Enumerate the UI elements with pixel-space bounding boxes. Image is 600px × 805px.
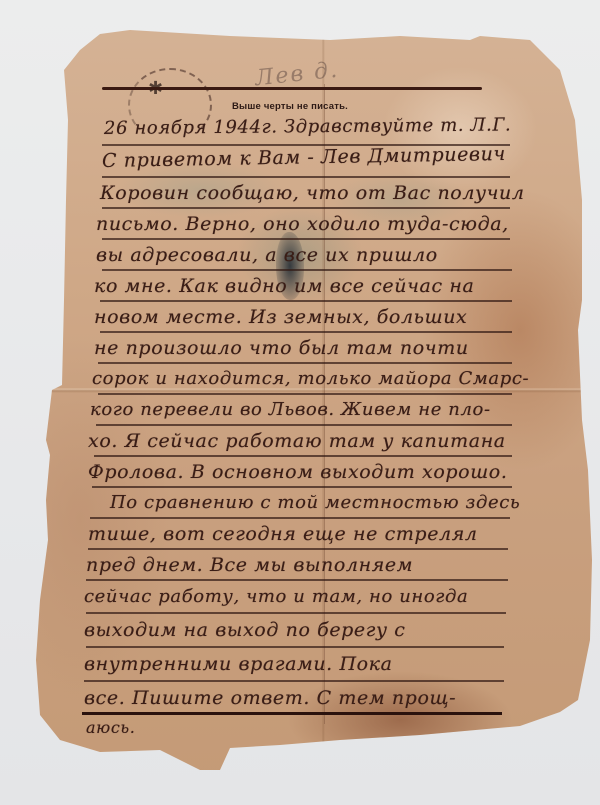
letter-line: пред днем. Все мы выполняем [86,554,413,576]
letter-line: вы адресовали, а все их пришло [96,244,438,266]
ruled-line [102,176,510,178]
letter-line: сейчас работу, что и там, но иногда [84,586,468,607]
ruled-line [100,331,512,333]
ruled-line [100,300,512,302]
letter-line: не произошло что был там почти [94,337,469,359]
ruled-line [98,393,512,395]
ruled-line [96,424,512,426]
photo-background: ✱ Лев д. Выше черты не писать. 26 ноября… [0,0,600,805]
ruled-line [92,486,512,488]
letter-line: все. Пишите ответ. С тем прощ- [84,687,456,709]
ruled-line [94,455,512,457]
letter-line: кого перевели во Львов. Живем не пло- [90,399,491,420]
ruled-line [86,579,508,581]
letter-line: выходим на выход по берегу с [84,619,405,641]
header-rule [102,87,482,90]
letter-line: ко мне. Как видно им все сейчас на [94,275,474,297]
letter-line: Коровин сообщаю, что от Вас получил [100,182,525,204]
ruled-line [102,238,510,240]
ruled-line [98,362,512,364]
letter-line: тише, вот сегодня еще не стрелял [88,523,478,545]
letter-line: внутренними врагами. Пока [84,653,393,675]
ruled-line [86,612,506,614]
letter-line: Фролова. В основном выходит хорошо. [88,461,507,483]
letter-sheet: ✱ Лев д. Выше черты не писать. 26 ноября… [0,0,600,805]
ruled-line [88,548,508,550]
letter-line: 26 ноября 1944г. Здравствуйте т. Л.Г. [104,114,511,139]
letter-line: аюсь. [86,718,135,737]
ruled-line [84,680,504,682]
ruled-line [86,646,504,648]
letter-line: По сравнению с той местностью здесь [110,492,520,513]
bottom-rule [82,712,502,715]
letter-line: С приветом к Вам - Лев Дмитриевич [102,143,506,172]
letter-line: новом месте. Из земных, больших [94,306,467,328]
letter-line: письмо. Верно, оно ходило туда-сюда, [96,213,509,235]
printed-header: Выше черты не писать. [232,101,348,112]
ruled-line [102,269,512,271]
letter-line: сорок и находится, только майора Смарс- [92,368,529,389]
ruled-line [102,207,510,209]
ruled-line [90,517,510,519]
letter-line: хо. Я сейчас работаю там у капитана [88,430,506,452]
